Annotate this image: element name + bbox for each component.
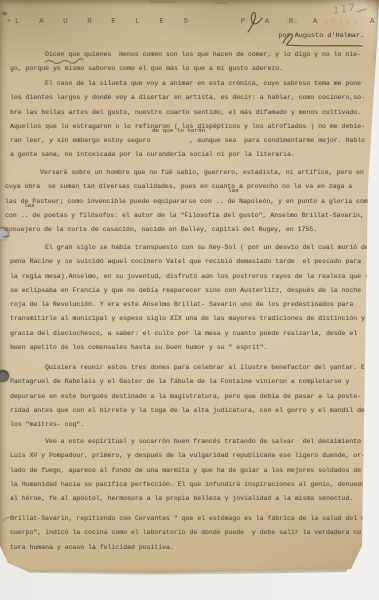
paragraph-6: Veo a este espiritual y socarrón buen fr… [10, 435, 370, 506]
typed-line: Pantagruel de Rabelais y el Gaster de la… [10, 375, 370, 389]
typed-line: lado de fuego, aparece al fondo de una m… [10, 464, 370, 478]
typed-line: pena Racine y se suicidó aquel cocinero … [10, 255, 370, 269]
typed-insertion-de-que-lo-haran: de que lo harán [152, 127, 205, 134]
typed-line: El caso de la silueta que voy a animar e… [10, 77, 370, 91]
pencil-dash-after-page-number [357, 9, 366, 12]
paragraph-4: El gran siglo se había transpuesto con s… [10, 241, 370, 355]
typed-line: tura humana y acaso la felicidad positiv… [10, 541, 370, 555]
typed-line: Versará sobre un hombre que no fué sabio… [5, 166, 379, 180]
typed-line: se eclipsaba en Francia y que no debía r… [10, 284, 370, 298]
typed-line: transmitirle al municipal y espeso siglo… [10, 312, 370, 326]
typed-line: Luis XV y Pompadour, primero, y después … [10, 449, 370, 463]
typed-line: a gente sana, no intoxicada por la curan… [10, 148, 370, 162]
typed-line: Dicen que quienes menos comen son los qu… [10, 48, 370, 62]
typed-line: ridad antes que con el birrete y la toga… [10, 404, 370, 418]
author-byline: por Augusto d'Halmar. [278, 32, 364, 40]
typed-line: depurarse en este burgués destinado a la… [10, 390, 370, 404]
typed-line: Brillat-Savarin, repitiendo con Cervante… [10, 512, 370, 526]
typed-line: go, porque yo mismo saboreo como el que … [10, 62, 370, 76]
typed-line: ran leer, y sin embargo estoy seguro , a… [10, 134, 370, 148]
typed-line: consejero de la corte de casación, nacid… [5, 223, 379, 237]
scanned-typescript-page: { "colors": { "paper": "#d2be9c", "typed… [0, 0, 379, 600]
paragraph-5: Quisiera reunir estos tres dones para ce… [10, 361, 370, 432]
paragraph-1: Dicen que quienes menos comen son los qu… [10, 48, 370, 77]
typed-line: la Humanidad hacia su pacífica perfecció… [10, 478, 370, 492]
typed-line: las de Pasteur; como invencible puede eq… [5, 195, 379, 209]
handwritten-page-number: 117 [332, 2, 357, 17]
typed-line: al héroe, fe al apóstol, hermosura a la … [10, 492, 370, 506]
typed-insertion-las-2: las [24, 202, 35, 209]
typed-line: roja de la Revolución. Y era este Anselm… [10, 298, 370, 312]
typed-line: cuerpo", indicó la cocina como el labora… [10, 526, 370, 540]
paragraph-3: Versará sobre un hombre que no fué sabio… [5, 166, 379, 237]
paragraph-2: El caso de la silueta que voy a animar e… [10, 77, 370, 163]
typed-insertion-las-1: las [228, 187, 239, 194]
paragraph-7: Brillat-Savarin, repitiendo con Cervante… [10, 512, 370, 555]
typed-line: gracia del dieciochesco, a saber: el cul… [10, 327, 370, 341]
typed-line: buen apetito de los comensales hasta su … [10, 341, 370, 355]
typed-line: El gran siglo se había transpuesto con s… [10, 241, 370, 255]
typed-line: los dientes largos y donde voy a diserta… [10, 91, 370, 105]
typed-line: la regia mesa).Anselmo, en su juventud, … [10, 270, 370, 284]
typed-line: Quisiera reunir estos tres dones para ce… [10, 361, 370, 375]
punch-hole [0, 370, 9, 382]
typed-line: los "maitres- coq". [10, 418, 370, 432]
paper-sheet: 117 · L A U R E L E S P A R A A D E R E … [0, 0, 379, 576]
title-prefix-mark: · [7, 16, 12, 25]
erased-title-ghost: LA COMIDA [286, 19, 361, 27]
typed-line: con .. de poetas y filósofos: el autor d… [5, 209, 379, 223]
typed-line: Veo a este espiritual y socarrón buen fr… [10, 435, 370, 449]
typed-line: cuya obra se suman tan diversas cualidad… [5, 180, 379, 194]
typed-line: bre las bellas artes del gusto, nuestro … [10, 106, 370, 120]
edge-stain [150, 1, 176, 3]
edge-stain [214, 2, 228, 4]
